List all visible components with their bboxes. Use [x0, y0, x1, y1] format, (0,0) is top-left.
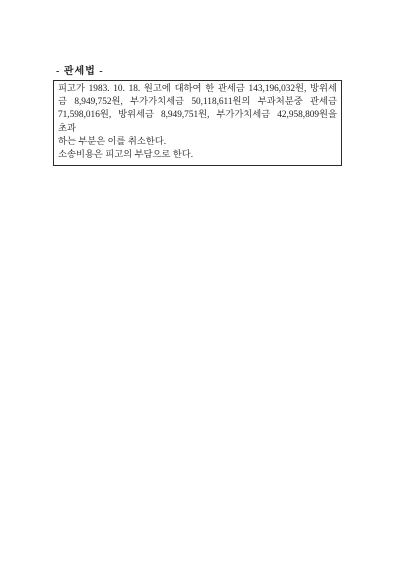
document-page: - 관세법 - 피고가 1983. 10. 18. 원고에 대하여 한 관세금 … [0, 0, 400, 565]
ruling-line-5: 소송비용은 피고의 부담으로 한다. [58, 149, 337, 162]
ruling-text-box: 피고가 1983. 10. 18. 원고에 대하여 한 관세금 143,196,… [53, 80, 342, 166]
ruling-line-3: 71,598,016원, 방위세금 8,949,751원, 부가가치세금 42,… [58, 109, 337, 135]
ruling-line-4: 하는 부분은 이를 취소한다. [58, 136, 337, 149]
ruling-line-2: 금 8,949,752원, 부가가치세금 50,118,611원의 부과처분중 … [58, 96, 337, 109]
ruling-line-1: 피고가 1983. 10. 18. 원고에 대하여 한 관세금 143,196,… [58, 83, 337, 96]
section-title: - 관세법 - [56, 62, 104, 77]
